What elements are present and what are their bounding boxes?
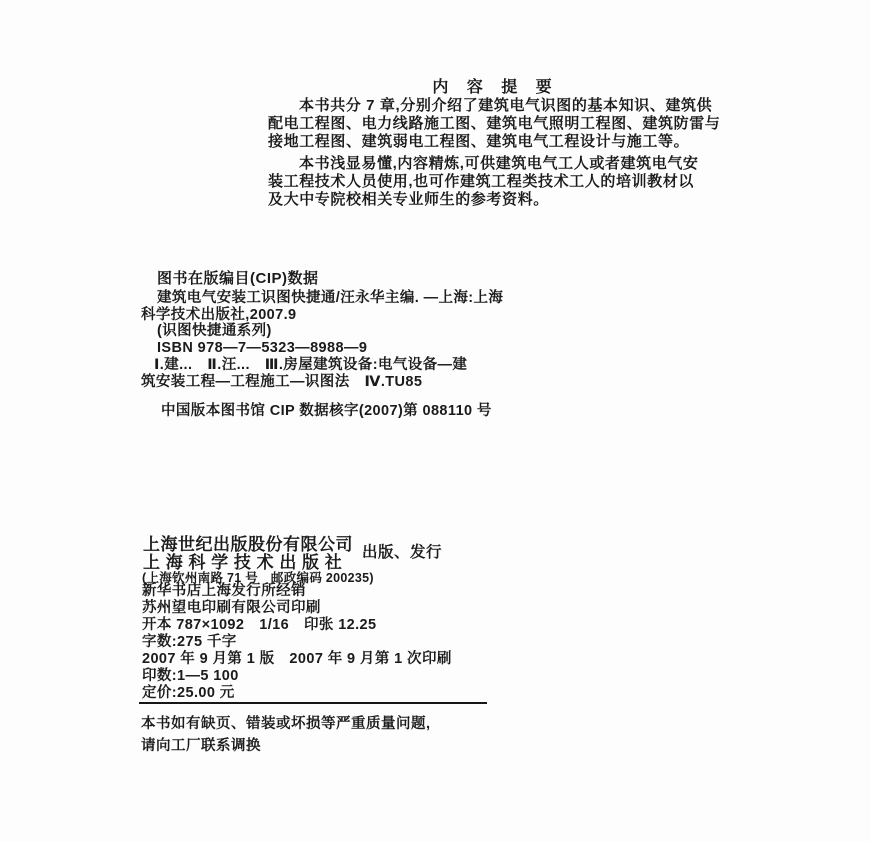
quality-notice-line: 请向工厂联系调换 [141, 735, 431, 757]
summary-line: 本书共分 7 章,分别介绍了建筑电气识图的基本知识、建筑供 [268, 97, 738, 115]
printer-line: 苏州望电印刷有限公司印刷 [142, 600, 452, 617]
cip-title-line: 建筑电气安装工识图快捷通/汪永华主编. —上海:上海 [141, 290, 503, 307]
quality-notice: 本书如有缺页、错装或坏损等严重质量问题, 请向工厂联系调换 [141, 713, 431, 757]
price-line: 定价:25.00 元 [142, 685, 452, 702]
summary-line: 本书浅显易懂,内容精炼,可供建筑电气工人或者建筑电气安 [268, 155, 738, 173]
summary-line: 接地工程图、建筑弱电工程图、建筑电气工程设计与施工等。 [268, 133, 738, 151]
cip-record-number: 中国版本图书馆 CIP 数据核字(2007)第 088110 号 [161, 399, 492, 420]
content-summary-paragraph-1: 本书共分 7 章,分别介绍了建筑电气识图的基本知识、建筑供 配电工程图、电力线路… [268, 97, 738, 151]
cip-isbn-line: ISBN 978—7—5323—8988—9 [141, 340, 503, 357]
summary-line: 及大中专院校相关专业师生的参考资料。 [268, 191, 738, 209]
cip-heading: 图书在版编目(CIP)数据 [157, 267, 319, 288]
cip-bibliography-block: 建筑电气安装工识图快捷通/汪永华主编. —上海:上海 科学技术出版社,2007.… [141, 290, 503, 356]
publisher-role-label: 出版、发行 [362, 540, 442, 562]
format-line: 开本 787×1092 1/16 印张 12.25 [142, 617, 452, 634]
content-summary-title: 内 容 提 要 [268, 74, 723, 97]
summary-line: 配电工程图、电力线路施工图、建筑电气照明工程图、建筑防雷与 [268, 115, 738, 133]
print-run-line: 印数:1—5 100 [142, 668, 452, 685]
summary-line: 装工程技术人员使用,也可作建筑工程类技术工人的培训教材以 [268, 173, 738, 191]
cip-series-line: (识图快捷通系列) [141, 323, 503, 340]
edition-line: 2007 年 9 月第 1 版 2007 年 9 月第 1 次印刷 [142, 651, 452, 668]
cip-classification-line: Ⅰ.建... Ⅱ.汪... Ⅲ.房屋建筑设备:电气设备—建 [141, 357, 467, 374]
cip-title-line: 科学技术出版社,2007.9 [141, 307, 503, 324]
divider-rule [139, 702, 487, 704]
word-count-line: 字数:275 千字 [142, 634, 452, 651]
colophon-block: 新华书店上海发行所经销 苏州望电印刷有限公司印刷 开本 787×1092 1/1… [142, 583, 452, 702]
content-summary-paragraph-2: 本书浅显易懂,内容精炼,可供建筑电气工人或者建筑电气安 装工程技术人员使用,也可… [268, 155, 738, 209]
cip-classification-block: Ⅰ.建... Ⅱ.汪... Ⅲ.房屋建筑设备:电气设备—建 筑安装工程—工程施工… [141, 357, 467, 390]
distribution-line: 新华书店上海发行所经销 [142, 583, 452, 600]
quality-notice-line: 本书如有缺页、错装或坏损等严重质量问题, [141, 713, 431, 735]
cip-classification-line: 筑安装工程—工程施工—识图法 Ⅳ.TU85 [141, 374, 467, 391]
book-copyright-page: 内 容 提 要 本书共分 7 章,分别介绍了建筑电气识图的基本知识、建筑供 配电… [0, 0, 870, 842]
